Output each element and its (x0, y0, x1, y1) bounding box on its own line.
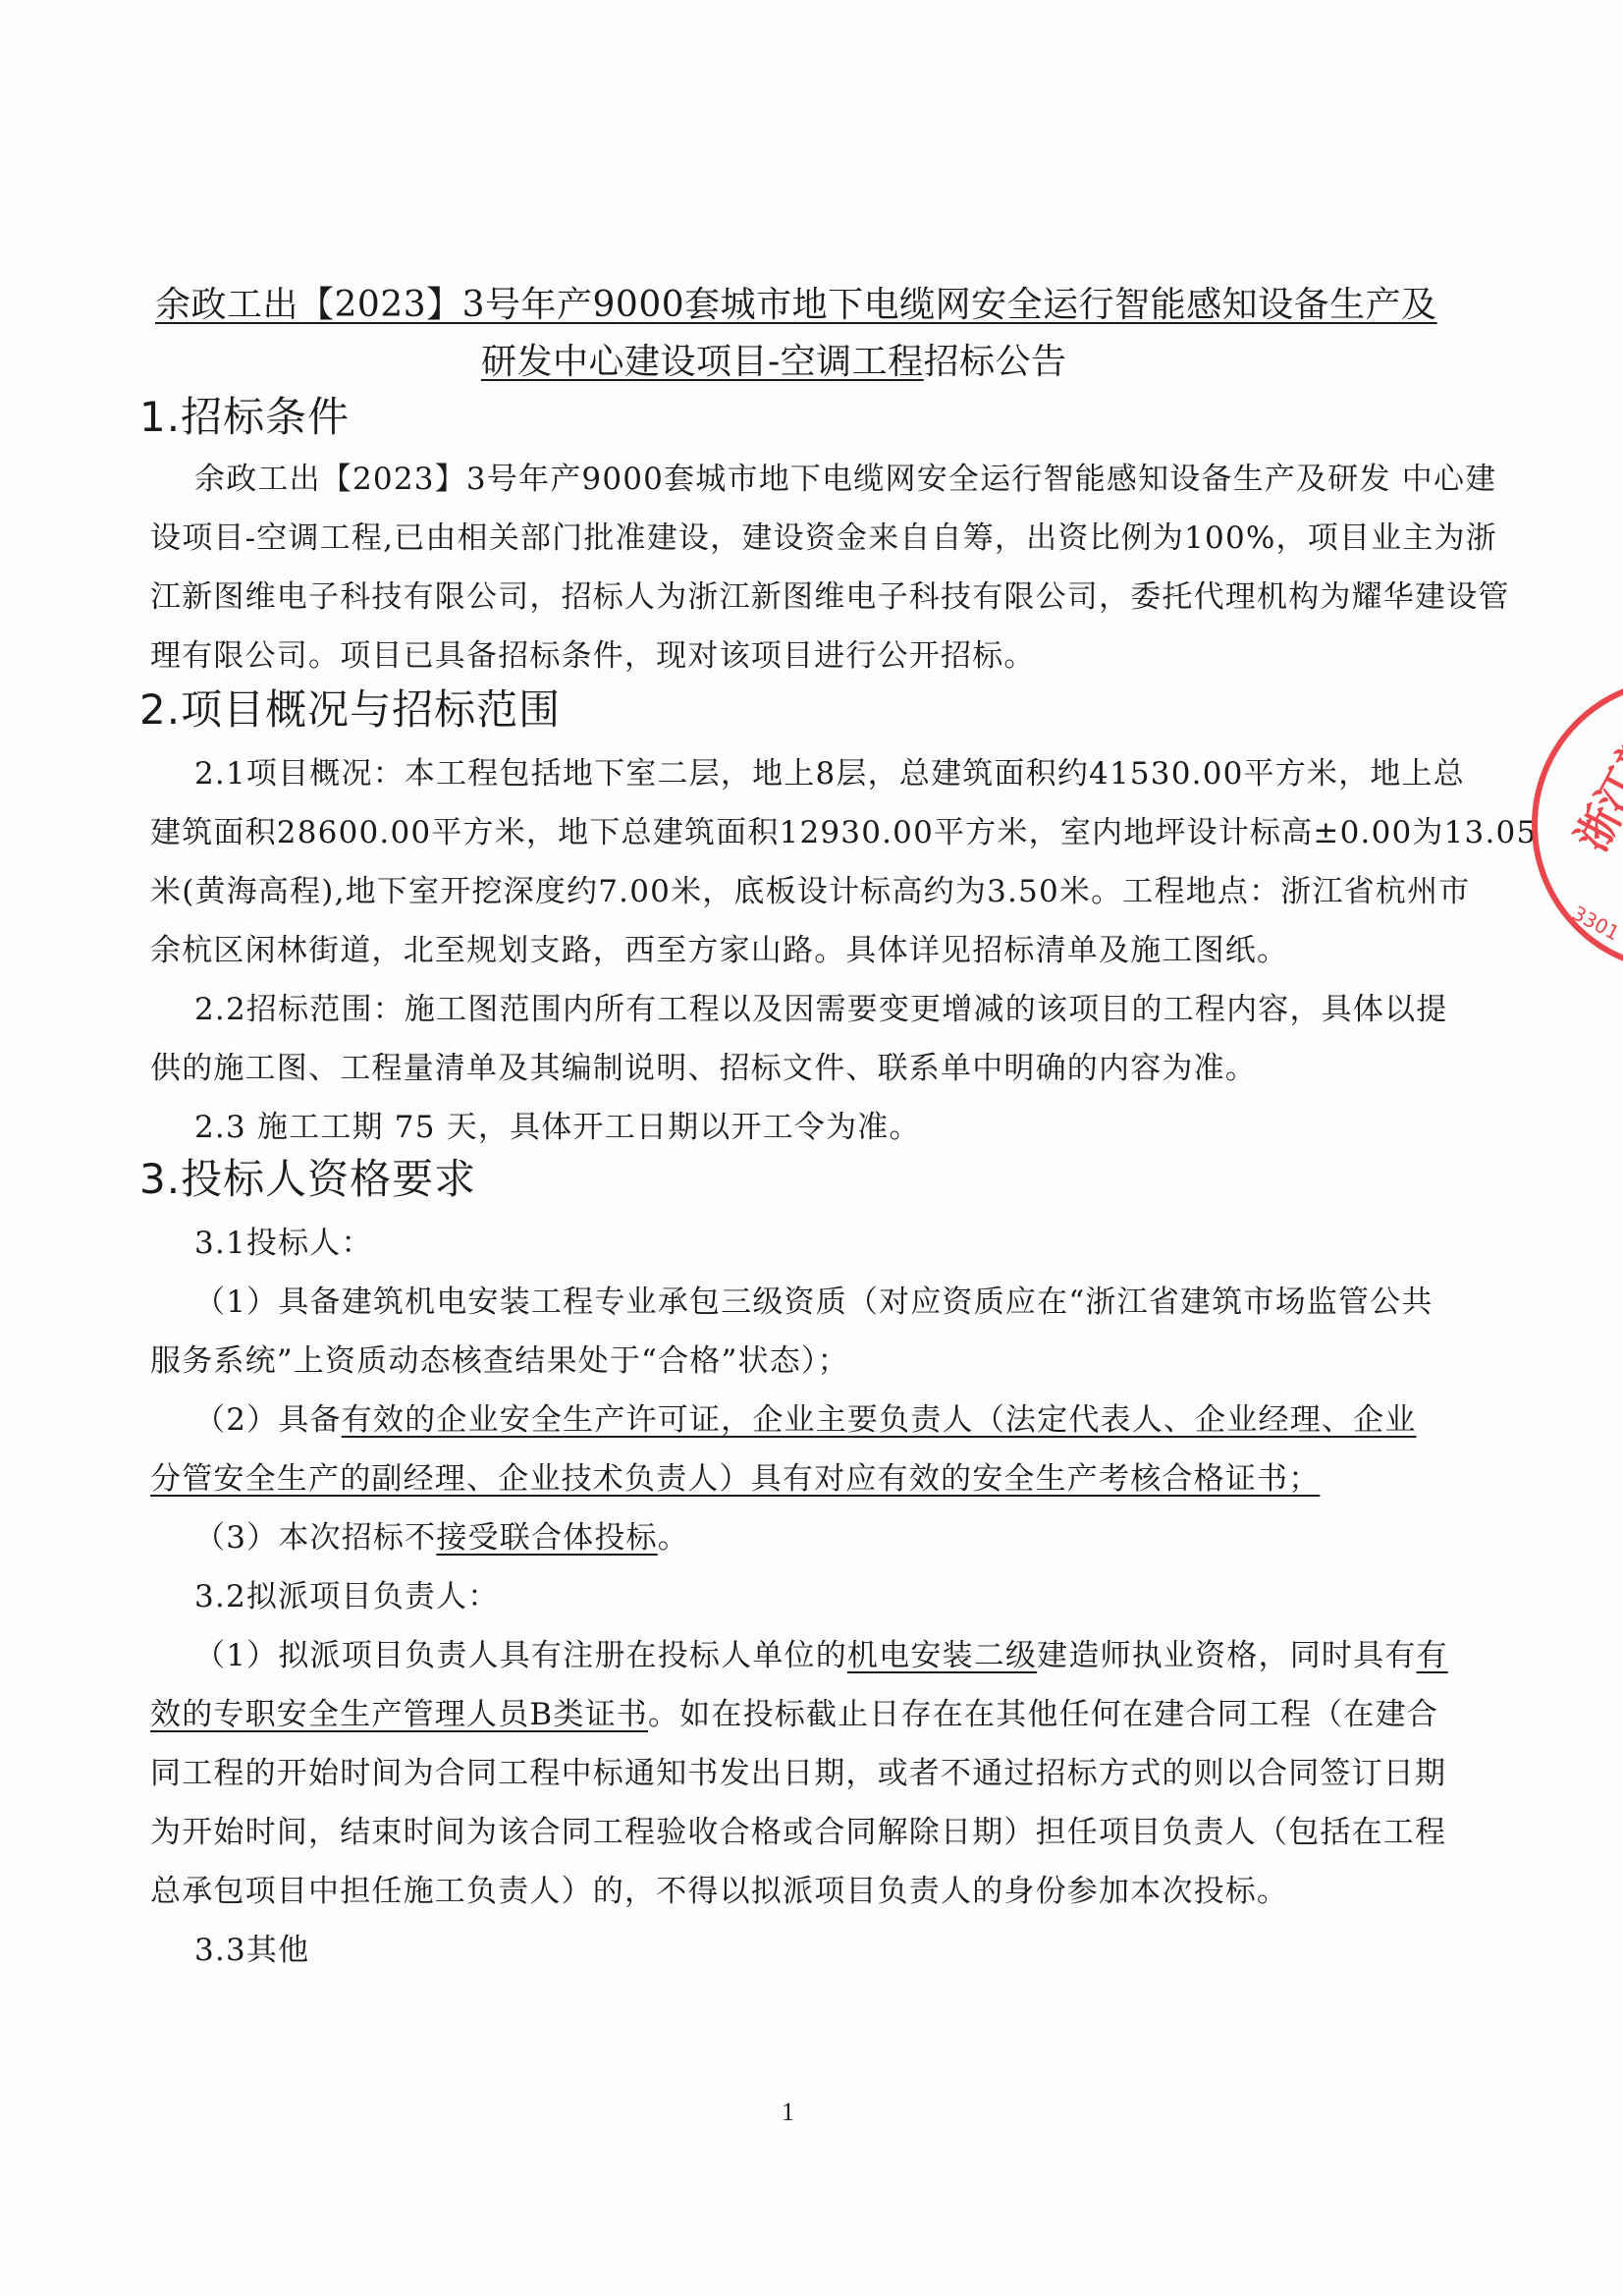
item-line: 服务系统”上资质动态核查结果处于“合格”状态）； (150, 1341, 849, 1381)
item-mid-text: 建造师执业资格，同时具有 (1037, 1638, 1416, 1673)
document-title-line-1: 余政工出【2023】3号年产9000套城市地下电缆网安全运行智能感知设备生产及 (155, 283, 1437, 328)
seal-code: 3301 (1568, 901, 1623, 945)
item-suffix: 。如在投标截止日存在在其他任何在建合同工程（在建合 (648, 1697, 1438, 1732)
title-underlined-text: 余政工出【2023】3号年产9000套城市地下电缆网安全运行智能感知设备生产及 (155, 285, 1437, 325)
item-line: 同工程的开始时间为合同工程中标通知书发出日期，或者不通过招标方式的则以合同签订日… (150, 1754, 1446, 1793)
item-prefix: （3）本次招标不 (194, 1520, 436, 1556)
paragraph-line: 余政工出【2023】3号年产9000套城市地下电缆网安全运行智能感知设备生产及研… (194, 460, 1496, 499)
paragraph-line: 米(黄海高程),地下室开挖深度约7.00米，底板设计标高约为3.50米。工程地点… (150, 872, 1471, 911)
item-underlined-text: 机电安装二级 (847, 1638, 1037, 1673)
paragraph-line: 2.3 施工工期 75 天，具体开工日期以开工令为准。 (194, 1108, 921, 1147)
paragraph-line: 理有限公司。项目已具备招标条件，现对该项目进行公开招标。 (150, 636, 1036, 676)
document-title-line-2: 研发中心建设项目-空调工程招标公告 (481, 340, 1067, 385)
subsection-label-3-1: 3.1投标人： (194, 1224, 373, 1263)
item-line: 分管安全生产的副经理、企业技术负责人）具有对应有效的安全生产考核合格证书； (150, 1459, 1320, 1499)
subsection-label-3-2: 3.2拟派项目负责人： (194, 1577, 500, 1616)
title-underlined-text: 研发中心建设项目-空调工程 (481, 342, 924, 382)
item-underlined-text: 有效的企业安全生产许可证，企业主要负责人（法定代表人、企业经理、企业 (342, 1402, 1417, 1438)
item-line: 为开始时间，结束时间为该合同工程验收合格或合同解除日期）担任项目负责人（包括在工… (150, 1813, 1446, 1852)
item-line: 效的专职安全生产管理人员B类证书。如在投标截止日存在在其他任何在建合同工程（在建… (150, 1695, 1438, 1734)
item-line: 总承包项目中担任施工负责人）的，不得以拟派项目负责人的身份参加本次投标。 (150, 1872, 1288, 1911)
item-underlined-text: 有 (1417, 1638, 1448, 1673)
company-seal-icon: 浙江新图维 3301 (1532, 678, 1623, 972)
item-line: （1）拟派项目负责人具有注册在投标人单位的机电安装二级建造师执业资格，同时具有有 (194, 1636, 1448, 1675)
section-heading-1: 1.招标条件 (139, 393, 350, 442)
document-page: 余政工出【2023】3号年产9000套城市地下电缆网安全运行智能感知设备生产及 … (0, 0, 1623, 2296)
title-plain-text: 招标公告 (924, 342, 1067, 382)
item-line: （3）本次招标不接受联合体投标。 (194, 1518, 689, 1558)
item-line: （2）具备有效的企业安全生产许可证，企业主要负责人（法定代表人、企业经理、企业 (194, 1400, 1417, 1440)
paragraph-line: 2.1项目概况：本工程包括地下室二层，地上8层，总建筑面积约41530.00平方… (194, 754, 1465, 793)
section-heading-3: 3.投标人资格要求 (139, 1155, 476, 1204)
item-suffix: 。 (658, 1520, 689, 1556)
item-underlined-text: 接受联合体投标 (436, 1520, 657, 1556)
paragraph-line: 供的施工图、工程量清单及其编制说明、招标文件、联系单中明确的内容为准。 (150, 1049, 1257, 1088)
paragraph-line: 设项目-空调工程,已由相关部门批准建设，建设资金来自自筹，出资比例为100%，项… (150, 519, 1497, 558)
paragraph-line: 江新图维电子科技有限公司，招标人为浙江新图维电子科技有限公司，委托代理机构为耀华… (150, 577, 1510, 617)
item-prefix: （2）具备 (194, 1402, 342, 1438)
item-line: （1）具备建筑机电安装工程专业承包三级资质（对应资质应在“浙江省建筑市场监管公共 (194, 1283, 1434, 1322)
item-underlined-text: 分管安全生产的副经理、企业技术负责人）具有对应有效的安全生产考核合格证书； (150, 1461, 1320, 1497)
item-underlined-text: 效的专职安全生产管理人员B类证书 (150, 1697, 648, 1732)
paragraph-line: 2.2招标范围：施工图范围内所有工程以及因需要变更增减的该项目的工程内容，具体以… (194, 990, 1448, 1029)
paragraph-line: 建筑面积28600.00平方米，地下总建筑面积12930.00平方米，室内地坪设… (150, 813, 1537, 852)
page-number: 1 (782, 2098, 794, 2127)
seal-text: 浙江新图维 (1557, 640, 1623, 860)
section-heading-2: 2.项目概况与招标范围 (139, 685, 561, 735)
item-prefix: （1）拟派项目负责人具有注册在投标人单位的 (194, 1638, 847, 1673)
subsection-label-3-3: 3.3其他 (194, 1931, 309, 1970)
paragraph-line: 余杭区闲林街道，北至规划支路，西至方家山路。具体详见招标清单及施工图纸。 (150, 931, 1288, 970)
